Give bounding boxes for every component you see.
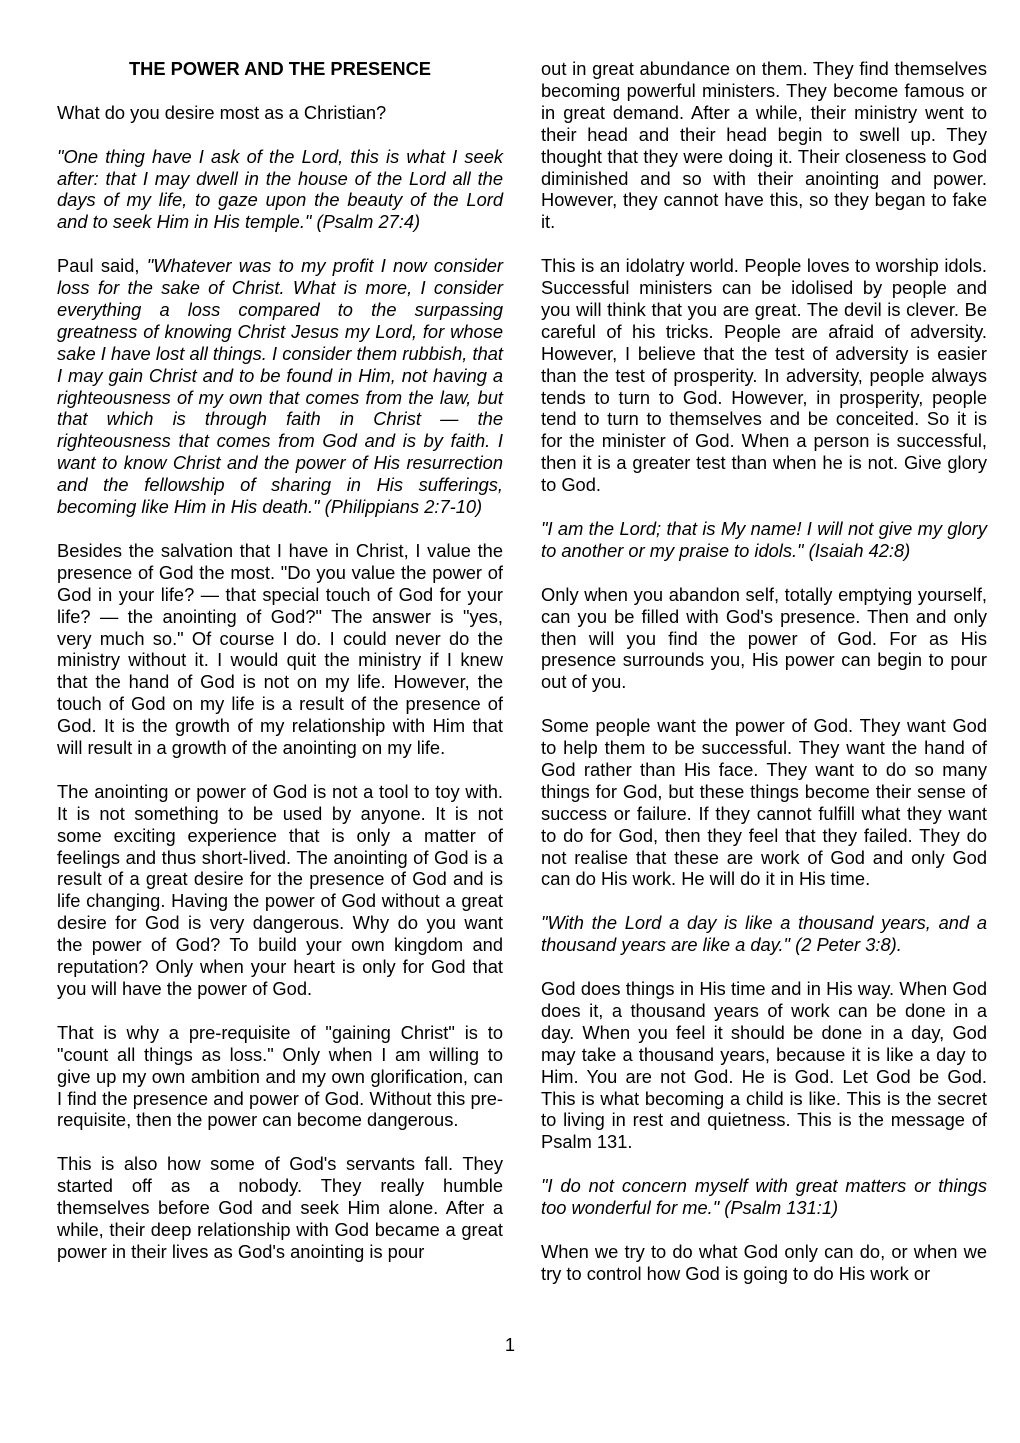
body-text: Besides the salvation that I have in Chr… [57,540,503,758]
body-text: Paul said, [57,255,147,276]
body-text: What do you desire most as a Christian? [57,102,386,123]
left-column: THE POWER AND THE PRESENCEWhat do you de… [57,58,503,1285]
body-text: THE POWER AND THE PRESENCE [129,58,431,79]
body-paragraph: Only when you abandon self, totally empt… [541,584,987,694]
scripture-quote-paragraph: "One thing have I ask of the Lord, this … [57,146,503,234]
body-text: When we try to do what God only can do, … [541,1241,987,1284]
body-text: This is also how some of God's servants … [57,1153,503,1262]
body-paragraph: This is an idolatry world. People loves … [541,255,987,496]
body-text: out in great abundance on them. They fin… [541,58,987,232]
scripture-quote-text: "I am the Lord; that is My name! I will … [541,518,987,561]
body-text: The anointing or power of God is not a t… [57,781,503,999]
body-paragraph: The anointing or power of God is not a t… [57,781,503,1000]
body-paragraph: Paul said, "Whatever was to my profit I … [57,255,503,518]
body-text: That is why a pre-requisite of "gaining … [57,1022,503,1131]
right-column: out in great abundance on them. They fin… [541,58,987,1307]
body-paragraph: When we try to do what God only can do, … [541,1241,987,1285]
body-paragraph: What do you desire most as a Christian? [57,102,503,124]
scripture-quote-text: "One thing have I ask of the Lord, this … [57,146,503,233]
body-paragraph: Besides the salvation that I have in Chr… [57,540,503,759]
body-paragraph: God does things in His time and in His w… [541,978,987,1153]
body-text: This is an idolatry world. People loves … [541,255,987,495]
scripture-quote-text: "I do not concern myself with great matt… [541,1175,987,1218]
body-paragraph: out in great abundance on them. They fin… [541,58,987,233]
body-paragraph: That is why a pre-requisite of "gaining … [57,1022,503,1132]
scripture-quote-paragraph: "I am the Lord; that is My name! I will … [541,518,987,562]
scripture-quote-paragraph: "I do not concern myself with great matt… [541,1175,987,1219]
body-paragraph: This is also how some of God's servants … [57,1153,503,1263]
scripture-quote-text: "With the Lord a day is like a thousand … [541,912,987,955]
scripture-quote-paragraph: "With the Lord a day is like a thousand … [541,912,987,956]
scripture-quote-text: "Whatever was to my profit I now conside… [57,255,503,517]
body-text: God does things in His time and in His w… [541,978,987,1152]
document-title: THE POWER AND THE PRESENCE [57,58,503,80]
body-text: Only when you abandon self, totally empt… [541,584,987,693]
page-number: 1 [0,1334,1020,1356]
document-page: THE POWER AND THE PRESENCEWhat do you de… [0,0,1020,1443]
body-text: Some people want the power of God. They … [541,715,987,889]
body-paragraph: Some people want the power of God. They … [541,715,987,890]
